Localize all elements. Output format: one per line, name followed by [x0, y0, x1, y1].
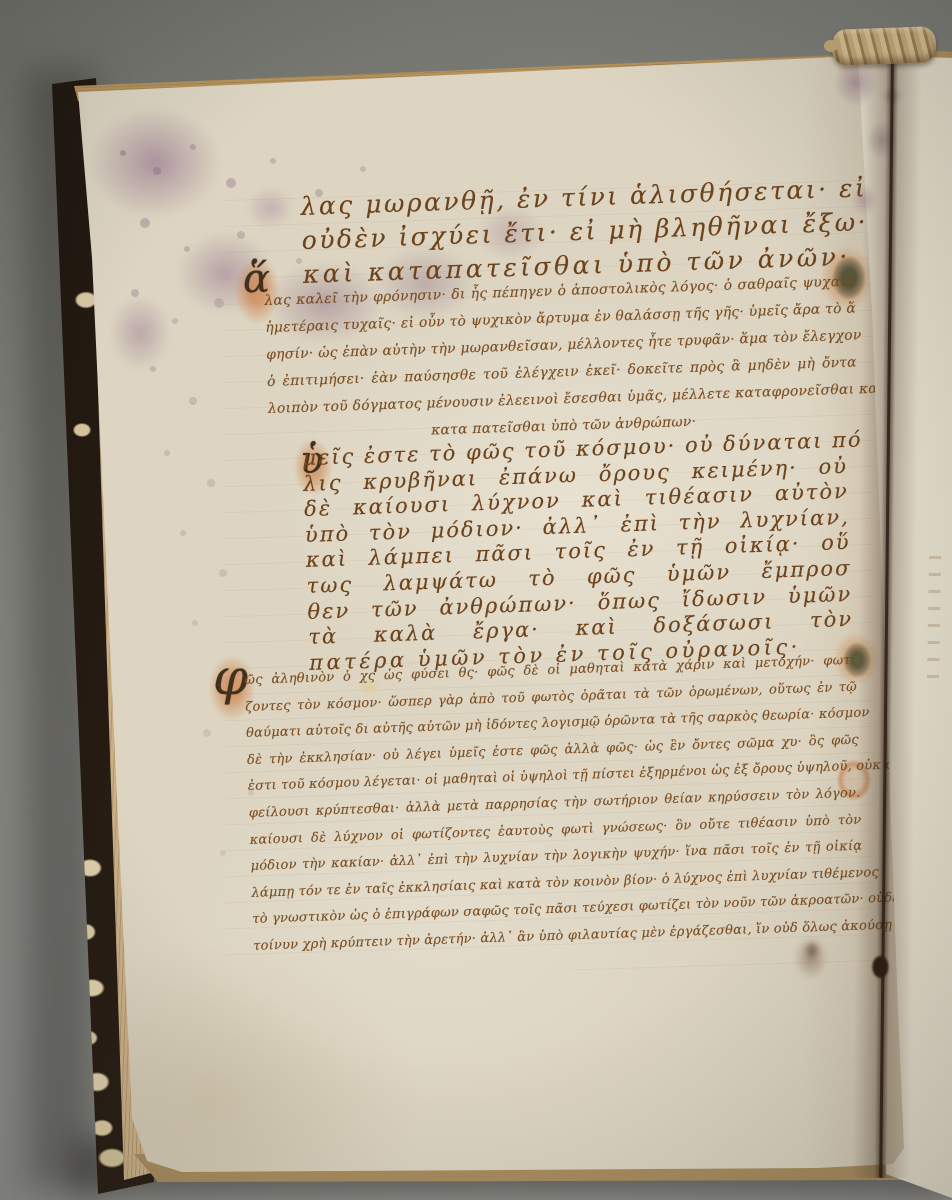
endband-braid [831, 26, 936, 66]
commentary-block-lower: ῶς ἀληθινὸν ὁ χς ὡς φύσει θς· φῶς δὲ οἱ … [244, 648, 865, 961]
facing-page-text-traces [927, 556, 941, 686]
commentary-block-upper: λας καλεῖ τὴν φρόνησιν· δι ἧς πέπηγεν ὁ … [264, 268, 859, 449]
gospel-text-block-mt5-14-16: μεῖς ἐστε τὸ φῶς τοῦ κόσμου· οὐ δύναται … [302, 428, 854, 676]
gutter-shadow [852, 48, 922, 1179]
marginal-initial-phi: φ [213, 648, 248, 706]
verso-parchment-page: ἅ ὑ φ λας μωρανθῇ, ἐν τίνι ἁλισθήσεται· … [0, 0, 952, 1200]
manuscript-photo: ἅ ὑ φ λας μωρανθῇ, ἐν τίνι ἁλισθήσεται· … [0, 0, 952, 1200]
